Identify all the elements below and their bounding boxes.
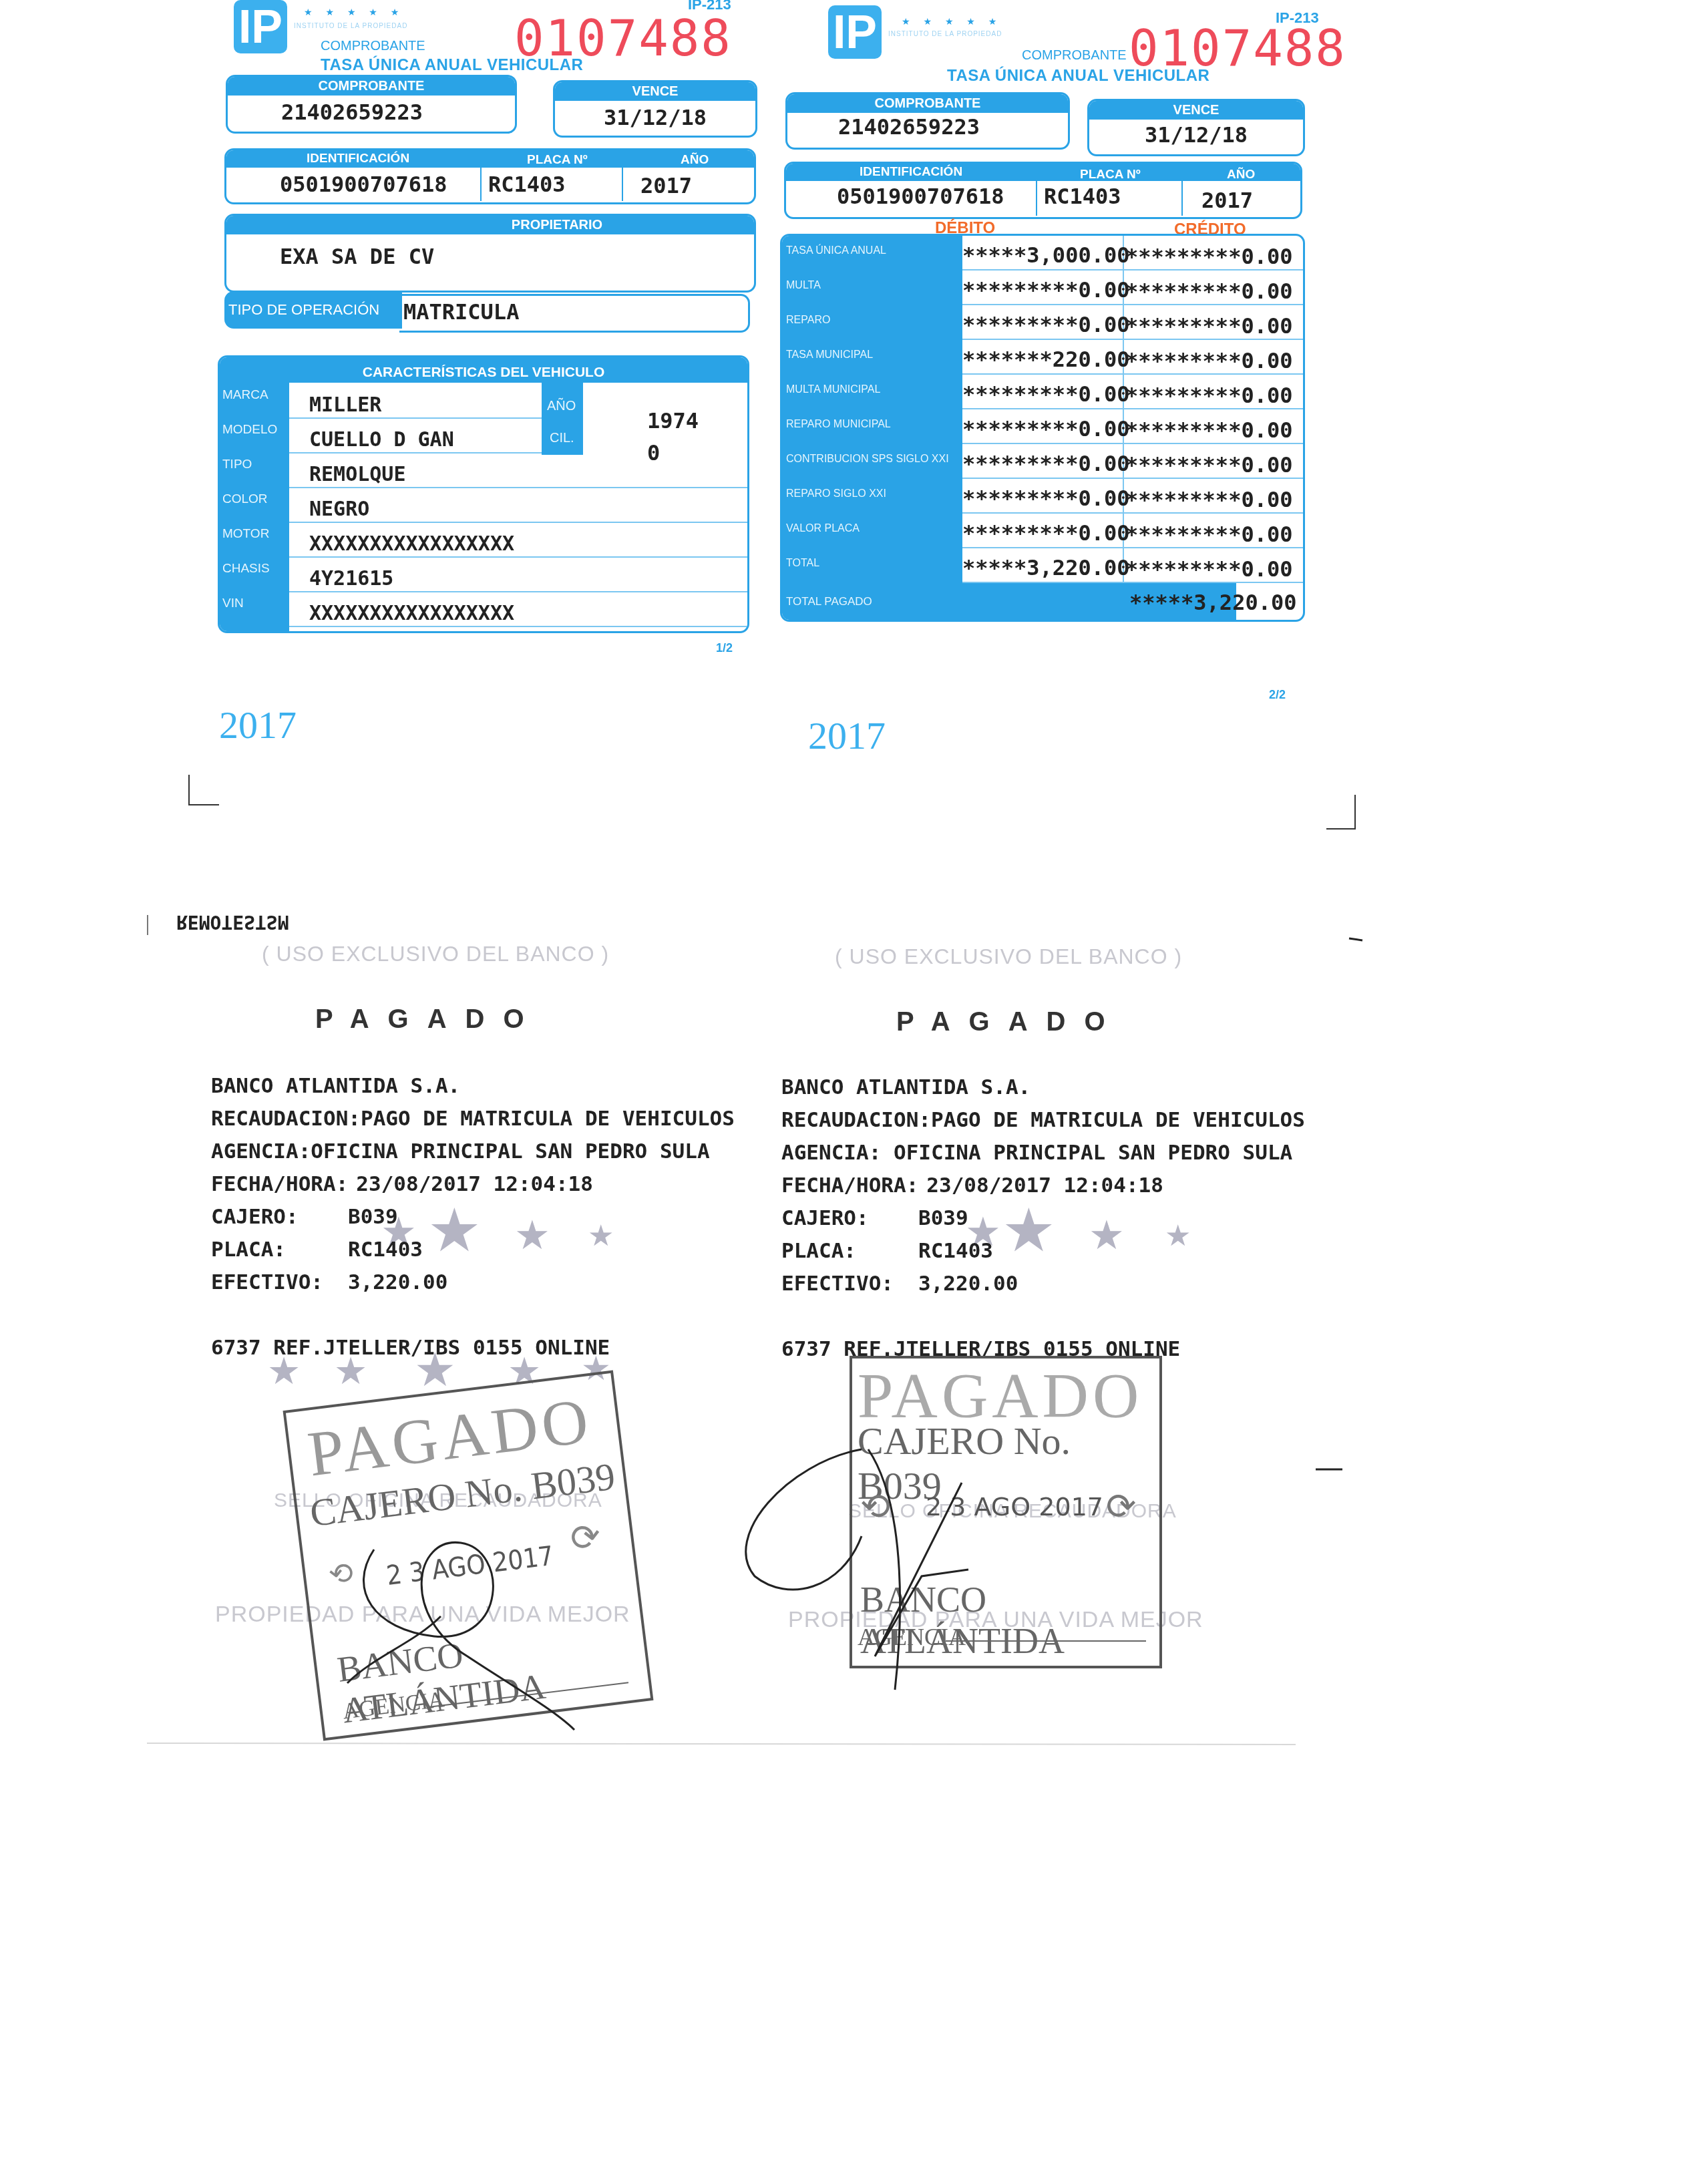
signatures xyxy=(0,0,1681,2184)
